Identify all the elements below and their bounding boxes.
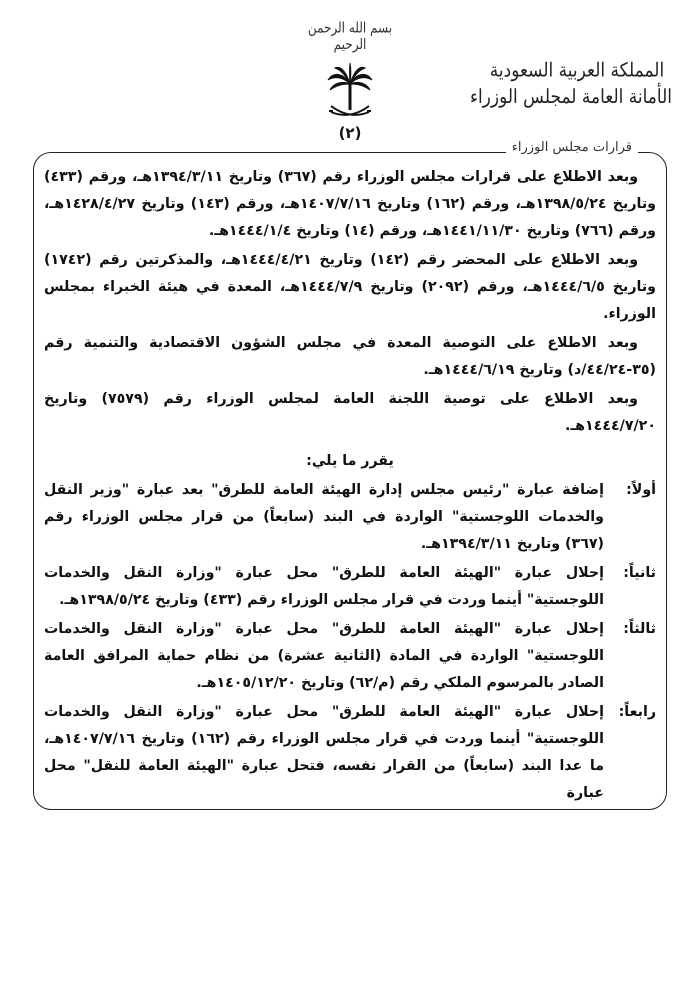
resolution-item-fourth: رابعاً:إحلال عبارة "الهيئة العامة للطرق"… (44, 699, 656, 807)
item-text: إضافة عبارة "رئيس مجلس إدارة الهيئة العا… (44, 482, 604, 552)
preamble-paragraph: وبعد الاطلاع على قرارات مجلس الوزراء رقم… (44, 164, 656, 245)
item-label: رابعاً: (604, 699, 656, 726)
resolution-item-second: ثانياً:إحلال عبارة "الهيئة العامة للطرق"… (44, 560, 656, 614)
saudi-emblem-icon (325, 62, 375, 127)
resolution-body: وبعد الاطلاع على قرارات مجلس الوزراء رقم… (44, 164, 656, 809)
resolves-heading: يقرر ما يلي: (44, 448, 656, 475)
preamble-paragraph: وبعد الاطلاع على توصية اللجنة العامة لمج… (44, 386, 656, 440)
item-label: ثالثاً: (604, 616, 656, 643)
secretariat-name: الأمانة العامة لمجلس الوزراء (482, 82, 672, 112)
basmala: بسم الله الرحمن الرحيم (295, 19, 405, 53)
page-number: (٢) (325, 124, 375, 142)
item-text: إحلال عبارة "الهيئة العامة للطرق" محل عب… (44, 565, 604, 608)
preamble-paragraph: وبعد الاطلاع على التوصية المعدة في مجلس … (44, 330, 656, 384)
item-text: إحلال عبارة "الهيئة العامة للطرق" محل عب… (44, 621, 604, 691)
resolution-item-third: ثالثاً:إحلال عبارة "الهيئة العامة للطرق"… (44, 616, 656, 697)
resolution-item-first: أولاً:إضافة عبارة "رئيس مجلس إدارة الهيئ… (44, 477, 656, 558)
letterhead-title: المملكة العربية السعودية الأمانة العامة … (482, 58, 672, 110)
preamble-paragraph: وبعد الاطلاع على المحضر رقم (١٤٢) وتاريخ… (44, 247, 656, 328)
item-label: ثانياً: (604, 560, 656, 587)
item-label: أولاً: (604, 477, 656, 504)
document-series-title: قرارات مجلس الوزراء (506, 140, 638, 155)
item-text: إحلال عبارة "الهيئة العامة للطرق" محل عب… (44, 704, 604, 801)
